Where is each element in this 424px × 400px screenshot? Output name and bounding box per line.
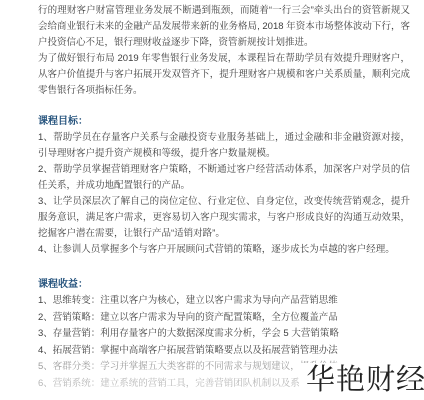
- benefit-item-1: 1、思维转变：注重以客户为核心，建立以客户需求为导向产品营销思维: [38, 293, 410, 310]
- document-page: 行的理财客户财富管理业务发展不断遇到瓶颈，而随着“一行三会”牵头出台的资管新规又…: [0, 0, 424, 400]
- goal-item-4: 4、让参训人员掌握多个与客户开展顾问式营销的策略，逐步成长为卓越的客户经理。: [38, 242, 410, 258]
- section-heading-course-benefits: 课程收益：: [38, 277, 410, 293]
- benefit-item-4: 4、拓展营销：掌握中高端客户拓展营销策略要点以及拓展营销管理办法: [38, 343, 410, 360]
- benefit-item-3: 3、存量营销：利用存量客户的大数据深度需求分析，学会 5 大营销策略: [38, 326, 410, 343]
- goal-item-3: 3、让学员深层次了解自己的岗位定位、行业定位、自身定位，改变传统营销观念，提升服…: [38, 194, 410, 242]
- intro-paragraph-2: 为了做好银行布局 2019 年零售银行业务发展，本课程旨在帮助学员有效提升理财客…: [38, 51, 410, 99]
- goal-item-2: 2、帮助学员掌握营销理财客户策略，不断通过客户经营活动体系，加深客户对学员的信任…: [38, 162, 410, 194]
- watermark-text: 华艳财经: [300, 363, 424, 397]
- intro-paragraph-1: 行的理财客户财富管理业务发展不断遇到瓶颈，而随着“一行三会”牵头出台的资管新规又…: [38, 3, 410, 51]
- goal-item-1: 1、帮助学员在存量客户关系与金融投资专业服务基础上，通过金融和非金融资源对接，引…: [38, 130, 410, 162]
- benefit-item-2: 2、营销策略：建立以客户需求为导向的资产配置策略，全方位覆盖产品: [38, 310, 410, 327]
- section-heading-course-goals: 课程目标：: [38, 114, 410, 130]
